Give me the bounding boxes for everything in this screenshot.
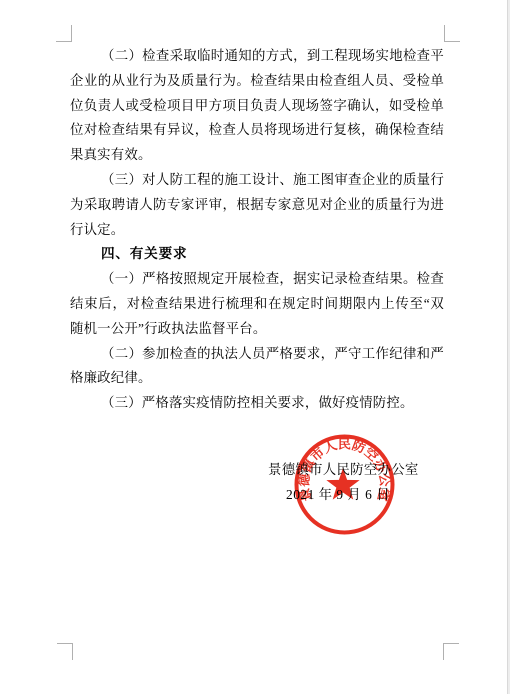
body-line: 随机一公开”行政执法监督平台。: [70, 317, 444, 342]
margin-crop-mark-top-right: [444, 25, 460, 42]
body-line: （三）对人防工程的施工设计、施工图审查企业的质量行: [70, 168, 444, 193]
body-line: （二）检查采取临时通知的方式，到工程现场实地检查平: [70, 44, 444, 69]
body-line: 为采取聘请人防专家评审，根据专家意见对企业的质量行为进: [70, 193, 444, 218]
body-line: 位对检查结果有异议，检查人员将现场进行复核，确保检查结: [70, 118, 444, 143]
body-line: 果真实有效。: [70, 143, 444, 168]
body-line: 行认定。: [70, 218, 444, 243]
body-line: 结束后，对检查结果进行梳理和在规定时间期限内上传至“双: [70, 292, 444, 317]
body-line: （三）严格落实疫情防控相关要求，做好疫情防控。: [70, 391, 444, 416]
section-heading: 四、有关要求: [70, 242, 444, 267]
signature-date: 2021 年 9 月 6 日: [286, 484, 390, 503]
body-line: （一）严格按照规定开展检查，据实记录检查结果。检查: [70, 267, 444, 292]
document-body: （二）检查采取临时通知的方式，到工程现场实地检查平 企业的从业行为及质量行为。检…: [70, 44, 444, 416]
body-line: （二）参加检查的执法人员严格要求，严守工作纪律和严: [70, 342, 444, 367]
body-line: 位负责人或受检项目甲方项目负责人现场签字确认，如受检单: [70, 94, 444, 119]
body-line: 格廉政纪律。: [70, 366, 444, 391]
margin-crop-mark-bottom-right: [443, 643, 459, 660]
body-line: 企业的从业行为及质量行为。检查结果由检查组人员、受检单: [70, 69, 444, 94]
margin-crop-mark-bottom-left: [57, 643, 73, 660]
document-page: （二）检查采取临时通知的方式，到工程现场实地检查平 企业的从业行为及质量行为。检…: [0, 0, 510, 694]
signature-office: 景德镇市人民防空办公室: [268, 459, 419, 478]
margin-crop-mark-top-left: [56, 25, 72, 42]
